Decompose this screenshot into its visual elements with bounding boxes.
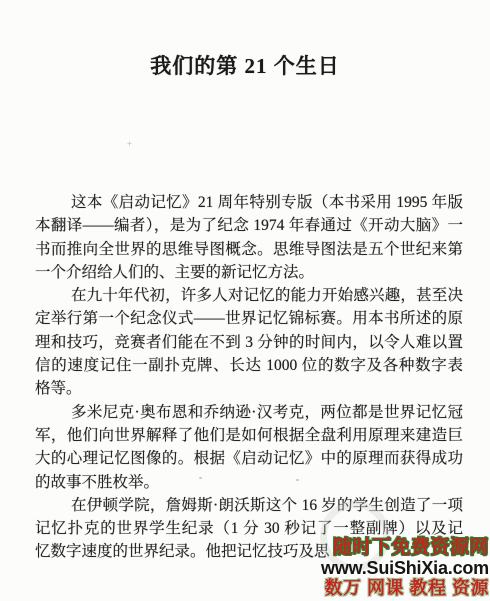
text-line: 在九十年代初，许多人对记忆的能力开始感兴趣，甚至决 bbox=[35, 284, 463, 307]
text-line: 军，他们向世界解释了他们是如何根据全盘利用原理来建造巨 bbox=[35, 424, 463, 447]
text-line: 一个介绍给人们的、主要的新记忆方法。 bbox=[35, 261, 463, 284]
text-line: 大的心理记忆图像的。根据《启动记忆》中的原理而获得成功 bbox=[35, 447, 463, 470]
paragraph: 在九十年代初，许多人对记忆的能力开始感兴趣，甚至决 定举行第一个纪念仪式——世界… bbox=[35, 284, 463, 400]
text-line: 的故事不胜枚举。 bbox=[35, 471, 463, 494]
text-line: 本翻译——编者），是为了纪念 1974 年春通过《开动大脑》一 bbox=[35, 214, 463, 237]
text-line: 理和技巧，竞赛者们能在不到 3 分钟的时间内，以令人难以置 bbox=[35, 331, 463, 354]
text-line: 定举行第一个纪念仪式——世界记忆锦标赛。用本书所述的原 bbox=[35, 307, 463, 330]
page-title: 我们的第 21 个生日 bbox=[0, 50, 490, 80]
watermark-site-name: 随时下免费资源网 bbox=[321, 536, 489, 559]
scanned-book-page: { "page": { "background": "#fcfcfb", "ti… bbox=[0, 0, 490, 601]
scan-speck-artifact: ﹢ bbox=[124, 134, 135, 150]
text-line: 多米尼克·奥布恩和乔纳逊·汉考克，两位都是世界记忆冠 bbox=[35, 401, 463, 424]
text-line: 这本《启动记忆》21 周年特别专版（本书采用 1995 年版 bbox=[35, 191, 463, 214]
watermark-url: www.SuiShiXia.com bbox=[321, 559, 489, 578]
text-line: 格等。 bbox=[35, 377, 463, 400]
paragraph: 多米尼克·奥布恩和乔纳逊·汉考克，两位都是世界记忆冠 军，他们向世界解释了他们是… bbox=[35, 401, 463, 494]
text-line: 信的速度记住一副扑克牌、长达 1000 位的数字及各种数字表 bbox=[35, 354, 463, 377]
watermark-tagline: 数万 网课 教程 资源 bbox=[321, 578, 489, 599]
text-line: 书而推向全世界的思维导图概念。思维导图法是五个世纪来第 bbox=[35, 238, 463, 261]
paragraph: 这本《启动记忆》21 周年特别专版（本书采用 1995 年版 本翻译——编者），… bbox=[35, 191, 463, 284]
watermark: 随时下免费资源网 www.SuiShiXia.com 数万 网课 教程 资源 bbox=[321, 536, 490, 599]
body-text: 这本《启动记忆》21 周年特别专版（本书采用 1995 年版 本翻译——编者），… bbox=[35, 191, 463, 564]
text-line: 在伊顿学院，詹姆斯·朗沃斯这个 16 岁的学生创造了一项 bbox=[35, 494, 463, 517]
